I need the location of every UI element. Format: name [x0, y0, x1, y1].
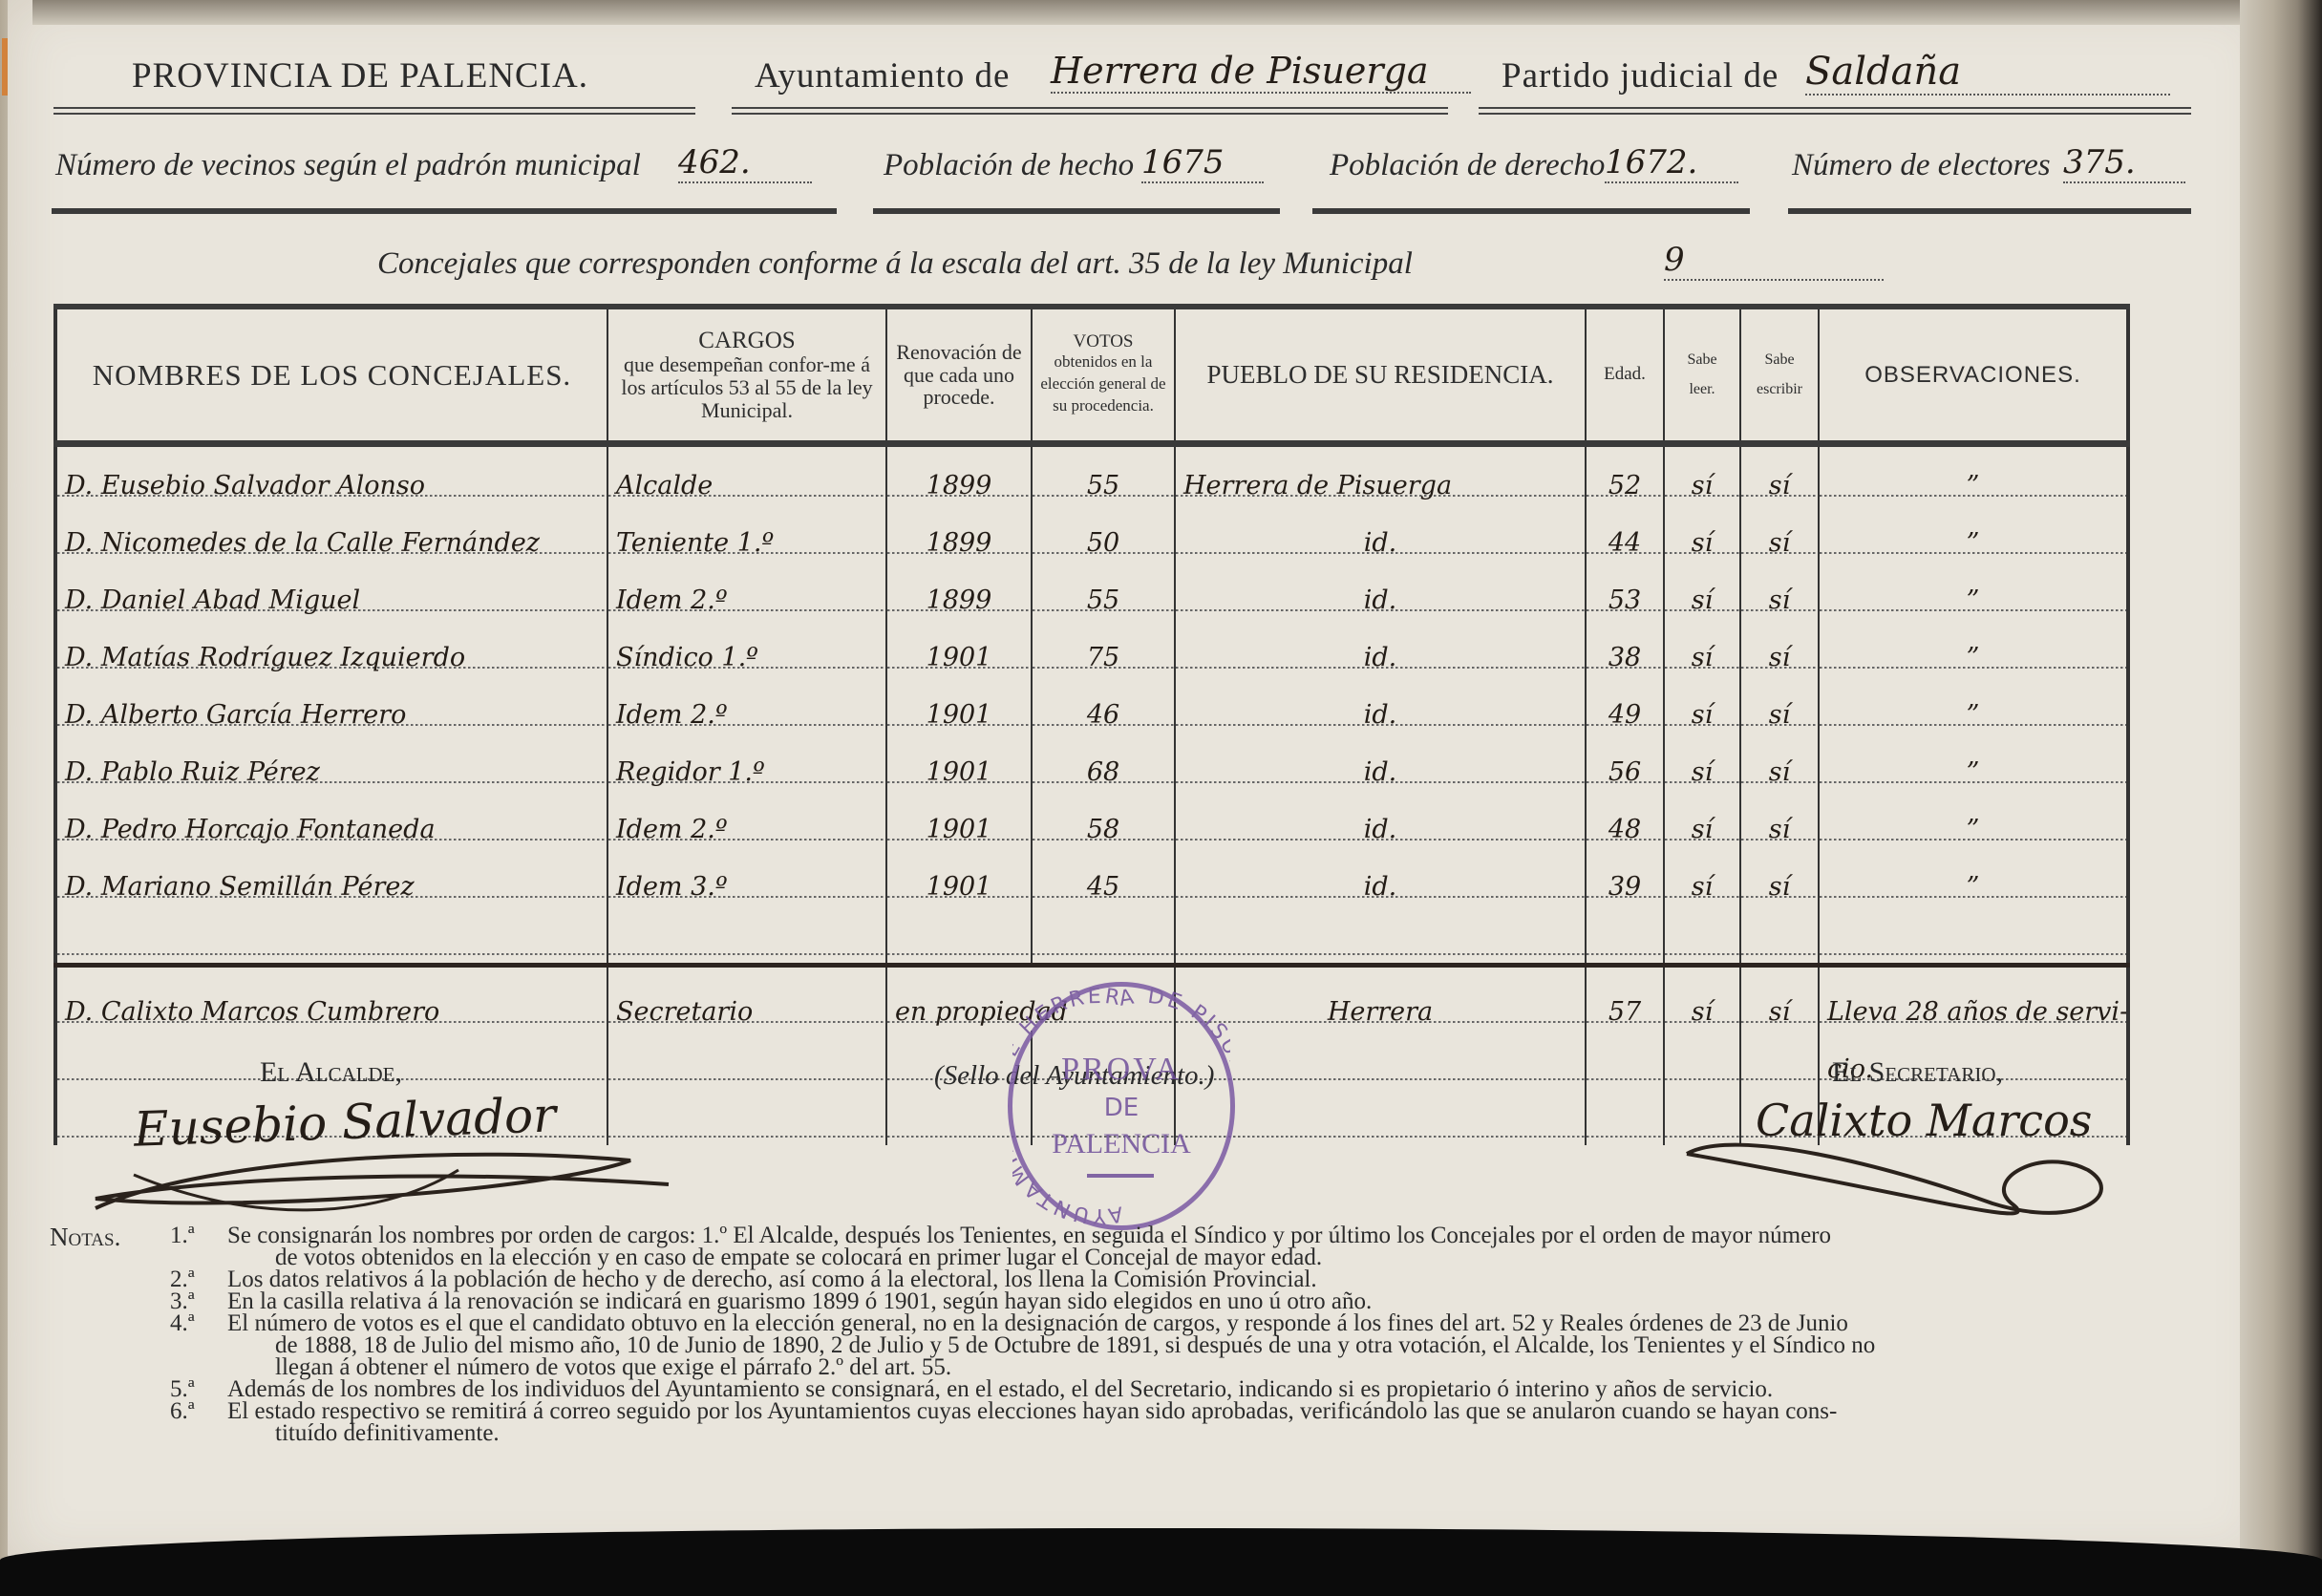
cell-pueblo: id. [1175, 791, 1586, 848]
cell-nombre: D. Pablo Ruiz Pérez [55, 734, 607, 791]
cell-pueblo: id. [1175, 562, 1586, 619]
cell-observaciones: Lleva 28 años de servi- [1819, 966, 2128, 1032]
stamp-line-3: PALENCIA [1012, 1128, 1230, 1160]
signature-flourish-icon [1677, 1127, 2136, 1232]
cell-cargo: Teniente 1.º [607, 504, 886, 562]
stats-rule [1312, 208, 1750, 214]
table-header-row: NOMBRES DE LOS CONCEJALES. CARGOS que de… [55, 307, 2128, 444]
cell-edad: 48 [1586, 791, 1664, 848]
page-top-shadow [32, 0, 2248, 25]
cell-leer: sí [1664, 676, 1740, 734]
stats-rule [1788, 208, 2191, 214]
cell-escribir: sí [1740, 734, 1819, 791]
table-row: D. Daniel Abad Miguel Idem 2.º 1899 55 i… [55, 562, 2128, 619]
header-sabe-escribir: Sabe escribir [1740, 307, 1819, 444]
secretario-label: El Secretario, [1832, 1056, 2003, 1089]
stamp-line-1: PROVA [1012, 1052, 1230, 1088]
note-text-cont: de votos obtenidos en la elección y en c… [227, 1246, 2208, 1268]
header-votos-sub: obtenidos en la elección general de su p… [1033, 351, 1173, 417]
header-votos-title: VOTOS [1033, 332, 1173, 352]
header-cargos: CARGOS que desempeñan confor-me á los ar… [607, 307, 886, 444]
cell-leer: sí [1664, 504, 1740, 562]
note-number: 4.ª [170, 1312, 195, 1334]
stamp-dash [1087, 1174, 1154, 1178]
cell-leer: sí [1664, 966, 1740, 1032]
ayuntamiento-value: Herrera de Pisuerga [1051, 50, 1471, 94]
cell-renovacion: 1901 [886, 848, 1032, 905]
cell-renovacion: 1901 [886, 676, 1032, 734]
cell-edad: 53 [1586, 562, 1664, 619]
table-row: D. Pablo Ruiz Pérez Regidor 1.º 1901 68 … [55, 734, 2128, 791]
ayuntamiento-label: Ayuntamiento de [755, 55, 1010, 96]
header-renovacion: Renovación de que cada uno procede. [886, 307, 1032, 444]
cell-edad: 44 [1586, 504, 1664, 562]
cell-observaciones: ” [1819, 734, 2128, 791]
cell-renovacion: 1901 [886, 619, 1032, 676]
note-item: 2.ª Los datos relativos á la población d… [50, 1268, 2208, 1290]
note-text: En la casilla relativa á la renovación s… [227, 1290, 2208, 1312]
note-text-cont: llegan á obtener el número de votos que … [227, 1356, 2208, 1378]
cell-nombre: D. Alberto García Herrero [55, 676, 607, 734]
cell-cargo: Síndico 1.º [607, 619, 886, 676]
table-row: D. Mariano Semillán Pérez Idem 3.º 1901 … [55, 848, 2128, 905]
partido-label: Partido judicial de [1502, 55, 1779, 96]
cell-observaciones: ” [1819, 504, 2128, 562]
header-pueblo: PUEBLO DE SU RESIDENCIA. [1175, 307, 1586, 444]
cell-votos: 55 [1032, 562, 1175, 619]
header-rule [1479, 107, 2191, 115]
cell-escribir: sí [1740, 791, 1819, 848]
header-nombres: NOMBRES DE LOS CONCEJALES. [55, 307, 607, 444]
electores-value: 375. [2063, 143, 2185, 183]
note-item: 4.ª El número de votos es el que el cand… [50, 1312, 2208, 1378]
cell-edad: 56 [1586, 734, 1664, 791]
cell-escribir: sí [1740, 966, 1819, 1032]
header-observaciones: OBSERVACIONES. [1819, 307, 2128, 444]
hecho-label: Población de hecho [884, 148, 1134, 183]
note-number: 2.ª [170, 1268, 195, 1290]
signature-flourish-icon [57, 1117, 688, 1223]
vecinos-value: 462. [678, 143, 812, 183]
hecho-value: 1675 [1141, 143, 1264, 183]
partido-value: Saldaña [1805, 50, 2170, 96]
cell-cargo: Idem 2.º [607, 562, 886, 619]
cell-votos: 58 [1032, 791, 1175, 848]
stamp-line-2: DE [1012, 1094, 1230, 1122]
cell-leer: sí [1664, 444, 1740, 505]
cell-cargo: Idem 2.º [607, 791, 886, 848]
cell-votos: 75 [1032, 619, 1175, 676]
cell-votos: 68 [1032, 734, 1175, 791]
cell-votos: 45 [1032, 848, 1175, 905]
table-row: D. Alberto García Herrero Idem 2.º 1901 … [55, 676, 2128, 734]
cell-cargo: Idem 2.º [607, 676, 886, 734]
cell-renovacion: 1901 [886, 734, 1032, 791]
cell-nombre: D. Calixto Marcos Cumbrero [55, 966, 607, 1032]
header-edad: Edad. [1586, 307, 1664, 444]
concejales-label: Concejales que corresponden conforme á l… [377, 246, 1413, 282]
header-votos: VOTOS obtenidos en la elección general d… [1032, 307, 1175, 444]
municipal-stamp: AYUNTAMIENTO DE HERRERA DE PISUERGA PROV… [1008, 982, 1235, 1230]
cell-pueblo: Herrera de Pisuerga [1175, 444, 1586, 505]
cell-escribir: sí [1740, 619, 1819, 676]
notes-section: Notas. 1.ª Se consignarán los nombres po… [50, 1224, 2208, 1444]
cell-pueblo: id. [1175, 676, 1586, 734]
cell-escribir: sí [1740, 562, 1819, 619]
derecho-label: Población de derecho [1330, 148, 1605, 183]
cell-renovacion: 1901 [886, 791, 1032, 848]
cell-renovacion: 1899 [886, 444, 1032, 505]
cell-edad: 52 [1586, 444, 1664, 505]
header-cargos-sub: que desempeñan confor-me á los artículos… [609, 353, 884, 421]
note-text: El estado respectivo se remitirá á corre… [227, 1400, 2208, 1422]
header-rule [732, 107, 1448, 115]
note-number: 1.ª [170, 1224, 195, 1246]
cell-cargo: Alcalde [607, 444, 886, 505]
cell-observaciones: ” [1819, 562, 2128, 619]
cell-leer: sí [1664, 619, 1740, 676]
table-row: D. Nicomedes de la Calle Fernández Tenie… [55, 504, 2128, 562]
alcalde-label: El Alcalde, [260, 1056, 402, 1089]
note-number: 5.ª [170, 1378, 195, 1400]
cell-escribir: sí [1740, 504, 1819, 562]
cell-observaciones: ” [1819, 848, 2128, 905]
cell-nombre: D. Eusebio Salvador Alonso [55, 444, 607, 505]
note-item: 1.ª Se consignarán los nombres por orden… [50, 1224, 2208, 1268]
cell-pueblo: id. [1175, 619, 1586, 676]
cell-votos: 50 [1032, 504, 1175, 562]
note-number: 6.ª [170, 1400, 195, 1422]
book-bottom-shadow [0, 1528, 2322, 1596]
cell-observaciones: ” [1819, 619, 2128, 676]
cell-leer: sí [1664, 848, 1740, 905]
cell-pueblo: id. [1175, 848, 1586, 905]
cell-nombre: D. Daniel Abad Miguel [55, 562, 607, 619]
cell-votos: 55 [1032, 444, 1175, 505]
stats-rule [873, 208, 1280, 214]
derecho-value: 1672. [1605, 143, 1738, 183]
vecinos-label: Número de vecinos según el padrón munici… [55, 148, 641, 183]
cell-edad: 38 [1586, 619, 1664, 676]
note-number: 3.ª [170, 1290, 195, 1312]
cell-nombre: D. Pedro Horcajo Fontaneda [55, 791, 607, 848]
cell-pueblo: Herrera [1175, 966, 1586, 1032]
header-cargos-title: CARGOS [609, 328, 884, 353]
cell-cargo: Regidor 1.º [607, 734, 886, 791]
note-item: 3.ª En la casilla relativa á la renovaci… [50, 1290, 2208, 1312]
table-row-empty [55, 905, 2128, 966]
header-rule [53, 107, 695, 115]
note-text: El número de votos es el que el candidat… [227, 1312, 2208, 1334]
note-item: 6.ª El estado respectivo se remitirá á c… [50, 1400, 2208, 1444]
note-text-cont: tituído definitivamente. [227, 1422, 2208, 1444]
cell-nombre: D. Nicomedes de la Calle Fernández [55, 504, 607, 562]
cell-votos: 46 [1032, 676, 1175, 734]
cell-leer: sí [1664, 791, 1740, 848]
cell-leer: sí [1664, 734, 1740, 791]
cell-escribir: sí [1740, 848, 1819, 905]
stats-rule [52, 208, 837, 214]
cell-pueblo: id. [1175, 734, 1586, 791]
note-text: Se consignarán los nombres por orden de … [227, 1224, 2208, 1246]
cell-pueblo: id. [1175, 504, 1586, 562]
electores-label: Número de electores [1792, 148, 2051, 183]
cell-escribir: sí [1740, 676, 1819, 734]
cell-edad: 57 [1586, 966, 1664, 1032]
table-row: D. Pedro Horcajo Fontaneda Idem 2.º 1901… [55, 791, 2128, 848]
table-row: D. Eusebio Salvador Alonso Alcalde 1899 … [55, 444, 2128, 505]
cell-observaciones: ” [1819, 444, 2128, 505]
cell-edad: 39 [1586, 848, 1664, 905]
concejales-value: 9 [1664, 241, 1884, 281]
note-text: Los datos relativos á la población de he… [227, 1268, 2208, 1290]
header-sabe-leer: Sabe leer. [1664, 307, 1740, 444]
provincia-heading: PROVINCIA DE PALENCIA. [132, 55, 588, 96]
cell-observaciones: ” [1819, 676, 2128, 734]
cell-nombre: D. Mariano Semillán Pérez [55, 848, 607, 905]
note-item: 5.ª Además de los nombres de los individ… [50, 1378, 2208, 1400]
cell-edad: 49 [1586, 676, 1664, 734]
cell-escribir: sí [1740, 444, 1819, 505]
table-row: D. Matías Rodríguez Izquierdo Síndico 1.… [55, 619, 2128, 676]
note-text: Además de los nombres de los individuos … [227, 1378, 2208, 1400]
cell-nombre: D. Matías Rodríguez Izquierdo [55, 619, 607, 676]
book-page-edge-right [2240, 0, 2322, 1596]
cell-cargo: Secretario [607, 966, 886, 1032]
cell-leer: sí [1664, 562, 1740, 619]
cell-observaciones: ” [1819, 791, 2128, 848]
note-text-cont: de 1888, 18 de Julio del mismo año, 10 d… [227, 1334, 2208, 1356]
cell-renovacion: 1899 [886, 562, 1032, 619]
cell-cargo: Idem 3.º [607, 848, 886, 905]
cell-renovacion: 1899 [886, 504, 1032, 562]
